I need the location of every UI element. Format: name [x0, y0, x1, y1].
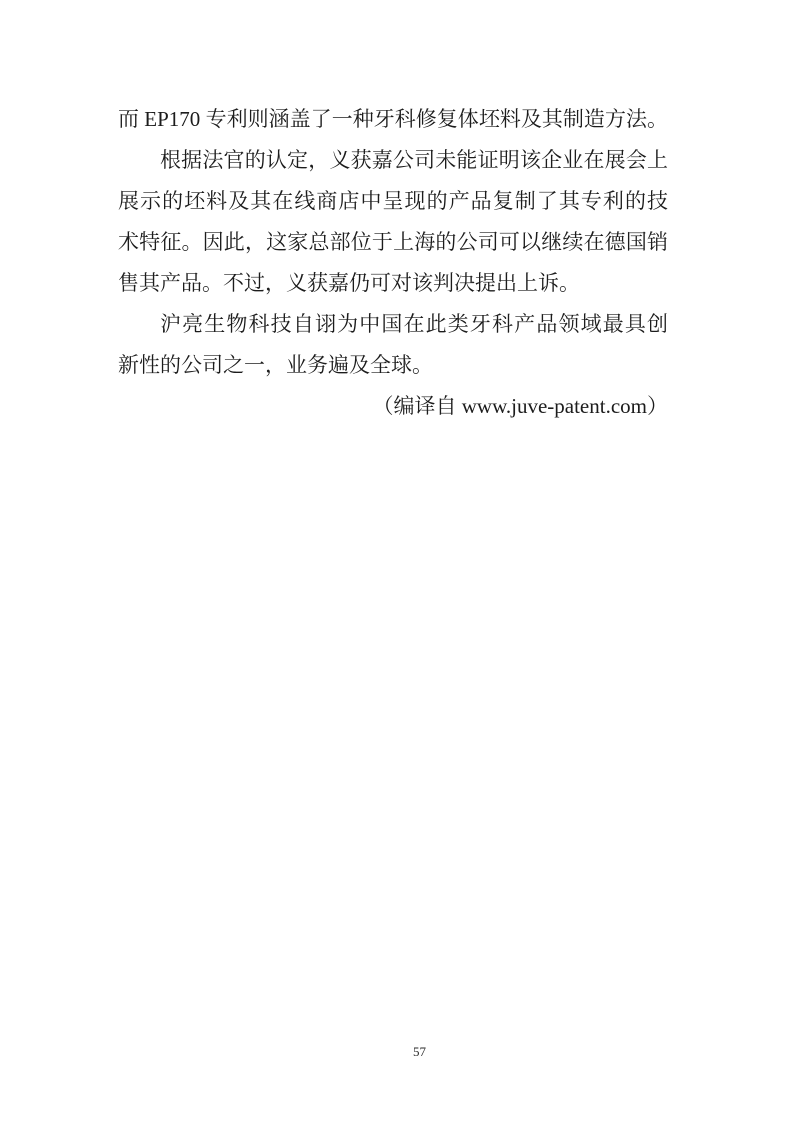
text-line: 根据法官的认定，义获嘉公司未能证明该企业在展会上	[118, 140, 668, 181]
text-line: 而 EP170 专利则涵盖了一种牙科修复体坯料及其制造方法。	[118, 99, 668, 140]
text-line: 售其产品。不过，义获嘉仍可对该判决提出上诉。	[118, 263, 668, 304]
page-number: 57	[23, 1044, 793, 1059]
document-page: 而 EP170 专利则涵盖了一种牙科修复体坯料及其制造方法。根据法官的认定，义获…	[0, 0, 793, 1122]
text-line: 新性的公司之一，业务遍及全球。	[118, 345, 668, 386]
text-line: （编译自 www.juve-patent.com）	[118, 386, 668, 427]
text-line: 展示的坯料及其在线商店中呈现的产品复制了其专利的技	[118, 181, 668, 222]
text-line: 术特征。因此，这家总部位于上海的公司可以继续在德国销	[118, 222, 668, 263]
text-line: 沪亮生物科技自诩为中国在此类牙科产品领域最具创	[118, 304, 668, 345]
document-body: 而 EP170 专利则涵盖了一种牙科修复体坯料及其制造方法。根据法官的认定，义获…	[118, 99, 668, 427]
